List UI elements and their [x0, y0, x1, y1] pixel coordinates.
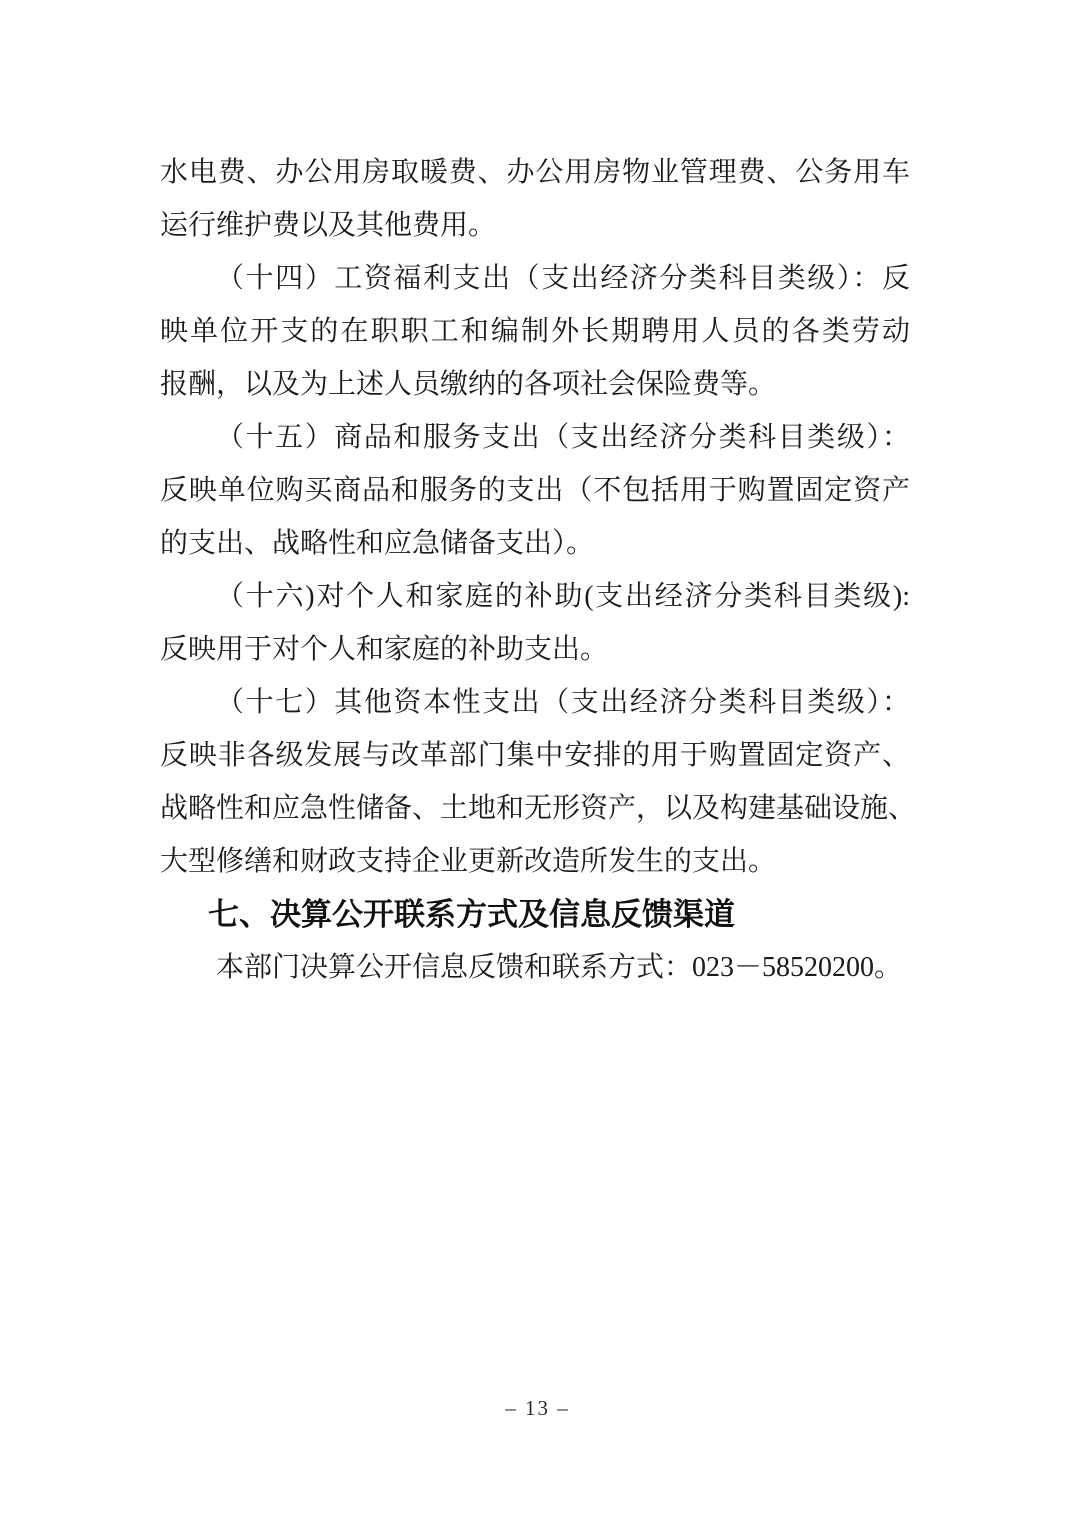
document-page: 水电费、办公用房取暖费、办公用房物业管理费、公务用车运行维护费以及其他费用。（十…	[0, 0, 1075, 1520]
paragraph: （十四）工资福利支出（支出经济分类科目类级）：反映单位开支的在职职工和编制外长期…	[160, 252, 910, 411]
section-heading: 七、决算公开联系方式及信息反馈渠道	[160, 888, 910, 941]
page-footer: – 13 –	[0, 1396, 1075, 1421]
text-line: 战略性和应急性储备、土地和无形资产，以及构建基础设施、	[160, 782, 910, 835]
text-line: （十七）其他资本性支出（支出经济分类科目类级）：	[160, 676, 910, 729]
document-body: 水电费、办公用房取暖费、办公用房物业管理费、公务用车运行维护费以及其他费用。（十…	[160, 146, 910, 994]
text-line: （十六)对个人和家庭的补助(支出经济分类科目类级):	[160, 570, 910, 623]
text-line: 运行维护费以及其他费用。	[160, 199, 910, 252]
text-line: 映单位开支的在职职工和编制外长期聘用人员的各类劳动	[160, 305, 910, 358]
text-line: 报酬，以及为上述人员缴纳的各项社会保险费等。	[160, 358, 910, 411]
text-line: 的支出、战略性和应急储备支出）。	[160, 517, 910, 570]
text-line: 反映用于对个人和家庭的补助支出。	[160, 623, 910, 676]
text-line: 大型修缮和财政支持企业更新改造所发生的支出。	[160, 835, 910, 888]
text-line: 水电费、办公用房取暖费、办公用房物业管理费、公务用车	[160, 146, 910, 199]
text-line: 本部门决算公开信息反馈和联系方式：023－58520200。	[160, 941, 910, 994]
paragraph: （十六)对个人和家庭的补助(支出经济分类科目类级):反映用于对个人和家庭的补助支…	[160, 570, 910, 676]
text-line: （十五）商品和服务支出（支出经济分类科目类级）：	[160, 411, 910, 464]
paragraph: 水电费、办公用房取暖费、办公用房物业管理费、公务用车运行维护费以及其他费用。	[160, 146, 910, 252]
text-line: 反映单位购买商品和服务的支出（不包括用于购置固定资产	[160, 464, 910, 517]
paragraph: （十七）其他资本性支出（支出经济分类科目类级）：反映非各级发展与改革部门集中安排…	[160, 676, 910, 888]
text-line: （十四）工资福利支出（支出经济分类科目类级）：反	[160, 252, 910, 305]
paragraph: （十五）商品和服务支出（支出经济分类科目类级）：反映单位购买商品和服务的支出（不…	[160, 411, 910, 570]
text-line: 反映非各级发展与改革部门集中安排的用于购置固定资产、	[160, 729, 910, 782]
page-number: – 13 –	[505, 1396, 570, 1420]
paragraph: 本部门决算公开信息反馈和联系方式：023－58520200。	[160, 941, 910, 994]
